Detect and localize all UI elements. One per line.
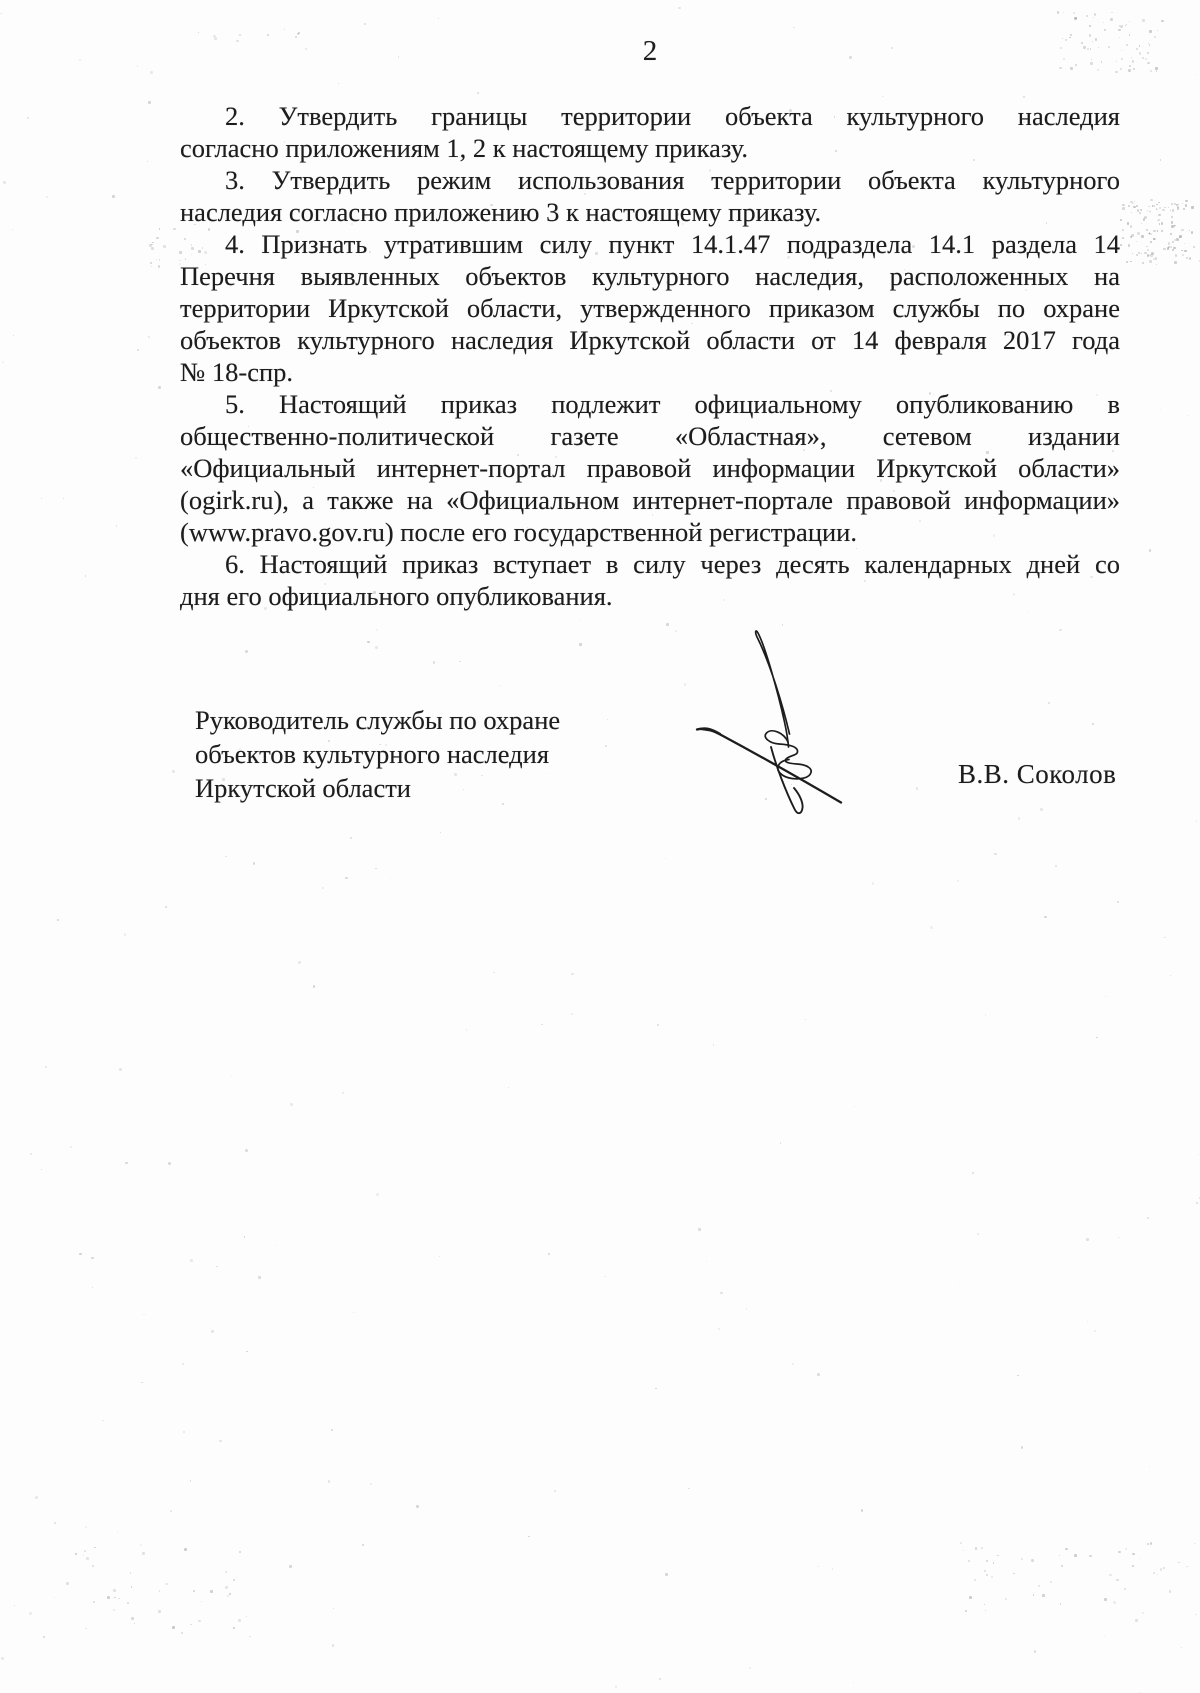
noise-speck bbox=[1163, 248, 1166, 251]
noise-speck bbox=[1168, 207, 1169, 208]
text-line: 3. Утвердить режим использования террито… bbox=[180, 164, 1120, 196]
noise-speck bbox=[440, 832, 441, 833]
text-line: наследия согласно приложению 3 к настоящ… bbox=[180, 196, 1120, 228]
noise-speck bbox=[1194, 1543, 1196, 1545]
noise-speck bbox=[1136, 254, 1138, 256]
noise-speck bbox=[130, 1572, 132, 1574]
noise-speck bbox=[466, 1029, 468, 1031]
noise-speck bbox=[43, 1636, 45, 1638]
noise-speck bbox=[216, 1266, 218, 1268]
noise-speck bbox=[117, 1532, 118, 1533]
signer-title-line: объектов культурного наследия bbox=[195, 737, 615, 771]
noise-speck bbox=[1127, 222, 1129, 224]
noise-speck bbox=[1150, 241, 1152, 243]
text-line: территории Иркутской области, утвержденн… bbox=[180, 292, 1120, 324]
noise-speck bbox=[882, 96, 884, 98]
noise-speck bbox=[1034, 1650, 1036, 1652]
noise-speck bbox=[1174, 261, 1177, 264]
noise-speck bbox=[1132, 1565, 1134, 1567]
noise-speck bbox=[118, 1598, 119, 1599]
noise-speck bbox=[107, 1596, 110, 1599]
noise-speck bbox=[541, 1024, 543, 1026]
noise-speck bbox=[313, 985, 316, 988]
noise-speck bbox=[1018, 817, 1021, 820]
noise-speck bbox=[370, 1483, 372, 1485]
noise-speck bbox=[972, 1172, 974, 1174]
noise-speck bbox=[1130, 225, 1133, 228]
noise-speck bbox=[1118, 29, 1120, 31]
noise-speck bbox=[345, 877, 348, 880]
noise-speck bbox=[678, 7, 681, 10]
noise-speck bbox=[1161, 230, 1164, 233]
noise-speck bbox=[1122, 204, 1125, 207]
noise-speck bbox=[665, 1573, 668, 1576]
noise-speck bbox=[1193, 246, 1195, 248]
noise-speck bbox=[1128, 205, 1130, 207]
noise-speck bbox=[1157, 30, 1158, 31]
noise-speck bbox=[134, 1623, 135, 1624]
noise-speck bbox=[749, 1667, 751, 1669]
noise-speck bbox=[198, 32, 200, 34]
noise-speck bbox=[615, 1686, 617, 1688]
noise-speck bbox=[1160, 1568, 1163, 1571]
noise-speck bbox=[1059, 67, 1062, 70]
noise-speck bbox=[1130, 261, 1132, 263]
noise-speck bbox=[1120, 219, 1122, 221]
noise-speck bbox=[1111, 12, 1113, 14]
noise-speck bbox=[1070, 67, 1072, 69]
noise-speck bbox=[499, 685, 500, 686]
noise-speck bbox=[245, 1149, 248, 1152]
noise-speck bbox=[698, 1228, 701, 1231]
noise-speck bbox=[193, 1590, 195, 1592]
noise-speck bbox=[298, 961, 301, 964]
noise-speck bbox=[1191, 206, 1194, 209]
noise-speck bbox=[149, 244, 152, 247]
noise-speck bbox=[706, 1261, 708, 1263]
noise-speck bbox=[151, 247, 154, 250]
noise-speck bbox=[984, 1604, 986, 1606]
noise-speck bbox=[210, 1590, 213, 1593]
noise-speck bbox=[580, 619, 582, 621]
noise-speck bbox=[984, 1570, 986, 1572]
noise-speck bbox=[236, 1577, 237, 1578]
noise-speck bbox=[1185, 200, 1187, 202]
text-line: (www.pravo.gov.ru) после его государстве… bbox=[180, 516, 1120, 548]
noise-speck bbox=[1126, 24, 1127, 25]
noise-speck bbox=[30, 1153, 32, 1155]
noise-speck bbox=[1134, 201, 1135, 202]
noise-speck bbox=[1013, 1573, 1015, 1575]
noise-speck bbox=[1187, 415, 1188, 416]
noise-speck bbox=[2, 361, 4, 363]
noise-speck bbox=[508, 1087, 509, 1088]
noise-speck bbox=[1147, 254, 1150, 257]
noise-speck bbox=[579, 643, 582, 646]
noise-speck bbox=[41, 498, 42, 499]
signer-name: В.В. Соколов bbox=[958, 759, 1116, 789]
noise-speck bbox=[1149, 549, 1152, 552]
noise-speck bbox=[1059, 629, 1062, 632]
noise-speck bbox=[102, 1420, 104, 1422]
noise-speck bbox=[1033, 1594, 1034, 1595]
noise-speck bbox=[173, 228, 176, 231]
noise-speck bbox=[258, 1276, 261, 1279]
noise-speck bbox=[1113, 1601, 1116, 1604]
noise-speck bbox=[684, 683, 687, 686]
noise-speck bbox=[13, 335, 14, 336]
noise-speck bbox=[993, 1562, 995, 1564]
noise-speck bbox=[1168, 242, 1171, 245]
noise-speck bbox=[172, 770, 175, 773]
noise-speck bbox=[433, 661, 436, 664]
page-number: 2 bbox=[0, 36, 1200, 66]
noise-speck bbox=[353, 1312, 354, 1313]
noise-speck bbox=[75, 1553, 77, 1555]
noise-speck bbox=[159, 259, 161, 261]
noise-speck bbox=[957, 880, 959, 882]
noise-speck bbox=[655, 1388, 657, 1390]
text-line: согласно приложениям 1, 2 к настоящему п… bbox=[180, 132, 1120, 164]
noise-speck bbox=[780, 1142, 782, 1144]
noise-speck bbox=[201, 1601, 202, 1602]
noise-speck bbox=[1149, 30, 1152, 33]
noise-speck bbox=[1184, 243, 1186, 245]
noise-speck bbox=[227, 1595, 229, 1597]
noise-speck bbox=[1131, 212, 1132, 213]
noise-speck bbox=[233, 1579, 235, 1581]
noise-speck bbox=[156, 259, 157, 260]
noise-speck bbox=[1191, 231, 1194, 234]
noise-speck bbox=[1149, 260, 1152, 263]
text-line: объектов культурного наследия Иркутской … bbox=[180, 324, 1120, 356]
noise-speck bbox=[994, 853, 996, 855]
noise-speck bbox=[659, 1678, 661, 1680]
noise-speck bbox=[1164, 937, 1166, 939]
noise-speck bbox=[792, 1363, 794, 1365]
text-line: Перечня выявленных объектов культурного … bbox=[180, 260, 1120, 292]
text-line: «Официальный интернет-портал правовой ин… bbox=[180, 452, 1120, 484]
noise-speck bbox=[1059, 1555, 1060, 1556]
noise-speck bbox=[1050, 1581, 1052, 1583]
noise-speck bbox=[1153, 1572, 1155, 1574]
noise-speck bbox=[963, 1550, 964, 1551]
noise-speck bbox=[125, 1162, 128, 1165]
noise-speck bbox=[1122, 229, 1124, 231]
noise-speck bbox=[1023, 96, 1025, 98]
noise-speck bbox=[184, 1548, 187, 1551]
noise-speck bbox=[1129, 21, 1130, 22]
noise-speck bbox=[131, 1586, 133, 1588]
text-line: 2. Утвердить границы территории объекта … bbox=[180, 100, 1120, 132]
text-line: 4. Признать утратившим силу пункт 14.1.4… bbox=[180, 228, 1120, 260]
noise-speck bbox=[1170, 246, 1172, 248]
noise-speck bbox=[231, 1075, 232, 1076]
noise-speck bbox=[1110, 18, 1113, 21]
noise-speck bbox=[1150, 70, 1152, 72]
noise-speck bbox=[438, 18, 439, 19]
noise-speck bbox=[328, 1480, 331, 1483]
noise-speck bbox=[1157, 1574, 1158, 1575]
noise-speck bbox=[3, 181, 5, 183]
noise-speck bbox=[148, 101, 151, 104]
noise-speck bbox=[1057, 11, 1060, 14]
noise-speck bbox=[63, 498, 64, 499]
noise-speck bbox=[211, 1330, 214, 1333]
noise-speck bbox=[1171, 221, 1174, 224]
noise-speck bbox=[1138, 252, 1140, 254]
noise-speck bbox=[975, 1547, 978, 1550]
noise-speck bbox=[960, 1542, 962, 1544]
noise-speck bbox=[782, 624, 783, 625]
noise-speck bbox=[84, 1550, 87, 1553]
noise-speck bbox=[991, 1576, 993, 1578]
noise-speck bbox=[1147, 210, 1148, 211]
noise-speck bbox=[289, 1565, 292, 1568]
noise-speck bbox=[1074, 1554, 1077, 1557]
noise-speck bbox=[137, 349, 140, 352]
noise-speck bbox=[94, 1547, 95, 1548]
noise-speck bbox=[182, 1363, 184, 1365]
noise-speck bbox=[1156, 264, 1158, 266]
noise-speck bbox=[666, 623, 669, 626]
noise-speck bbox=[390, 878, 391, 879]
noise-speck bbox=[375, 868, 377, 870]
noise-speck bbox=[367, 641, 369, 643]
noise-speck bbox=[1158, 202, 1160, 204]
noise-speck bbox=[1073, 12, 1075, 14]
signer-title-line: Руководитель службы по охране bbox=[195, 703, 615, 737]
noise-speck bbox=[246, 1351, 248, 1353]
noise-speck bbox=[225, 856, 227, 858]
paragraph: 3. Утвердить режим использования террито… bbox=[180, 164, 1120, 228]
noise-speck bbox=[805, 1019, 807, 1021]
noise-speck bbox=[1160, 159, 1161, 160]
noise-speck bbox=[244, 1236, 246, 1238]
noise-speck bbox=[1150, 199, 1152, 201]
noise-speck bbox=[45, 1066, 47, 1068]
noise-speck bbox=[416, 1505, 419, 1508]
noise-speck bbox=[276, 1245, 278, 1247]
noise-speck bbox=[85, 1526, 87, 1528]
noise-speck bbox=[1181, 229, 1184, 232]
noise-speck bbox=[151, 244, 153, 246]
noise-speck bbox=[604, 1276, 606, 1278]
noise-speck bbox=[1055, 865, 1057, 867]
noise-speck bbox=[190, 1480, 192, 1482]
noise-speck bbox=[86, 1557, 89, 1560]
noise-speck bbox=[1176, 238, 1179, 241]
noise-speck bbox=[1175, 254, 1178, 257]
noise-speck bbox=[1163, 1567, 1165, 1569]
noise-speck bbox=[114, 1597, 115, 1598]
noise-speck bbox=[239, 1551, 241, 1553]
noise-speck bbox=[1186, 1566, 1188, 1568]
noise-speck bbox=[143, 1314, 145, 1316]
noise-speck bbox=[332, 1644, 335, 1647]
noise-speck bbox=[1139, 212, 1141, 214]
signer-title-line: Иркутской области bbox=[195, 771, 615, 805]
noise-speck bbox=[1104, 1635, 1105, 1636]
noise-speck bbox=[1017, 1375, 1019, 1377]
noise-speck bbox=[1155, 257, 1157, 259]
noise-speck bbox=[249, 1636, 250, 1637]
noise-speck bbox=[1096, 1037, 1098, 1039]
noise-speck bbox=[1156, 204, 1158, 206]
noise-speck bbox=[571, 1013, 573, 1015]
noise-speck bbox=[362, 1544, 365, 1547]
noise-speck bbox=[1142, 19, 1145, 22]
noise-speck bbox=[14, 1605, 15, 1606]
noise-speck bbox=[1116, 1579, 1119, 1582]
noise-speck bbox=[571, 973, 574, 976]
noise-speck bbox=[688, 1488, 690, 1490]
noise-speck bbox=[219, 1440, 222, 1443]
noise-speck bbox=[1132, 1049, 1133, 1050]
noise-speck bbox=[225, 1571, 228, 1574]
noise-speck bbox=[54, 1522, 56, 1524]
noise-speck bbox=[477, 92, 479, 94]
noise-speck bbox=[1182, 254, 1184, 256]
noise-speck bbox=[165, 906, 167, 908]
noise-speck bbox=[46, 196, 48, 198]
noise-speck bbox=[1063, 12, 1064, 13]
noise-speck bbox=[1, 1657, 4, 1660]
noise-speck bbox=[1195, 1614, 1197, 1616]
noise-speck bbox=[1097, 69, 1099, 71]
noise-speck bbox=[1157, 220, 1158, 221]
noise-speck bbox=[1196, 1202, 1198, 1204]
noise-speck bbox=[1131, 234, 1134, 237]
noise-speck bbox=[1136, 205, 1138, 207]
noise-speck bbox=[322, 887, 324, 889]
noise-speck bbox=[958, 1283, 959, 1284]
noise-speck bbox=[376, 1193, 379, 1196]
text-line: (ogirk.ru), а также на «Официальном инте… bbox=[180, 484, 1120, 516]
noise-speck bbox=[1143, 219, 1145, 221]
noise-speck bbox=[1109, 1574, 1112, 1577]
noise-speck bbox=[1181, 1647, 1182, 1648]
noise-speck bbox=[1158, 219, 1160, 221]
noise-speck bbox=[1122, 237, 1124, 239]
noise-speck bbox=[1104, 29, 1106, 31]
noise-speck bbox=[183, 1431, 185, 1433]
noise-speck bbox=[1031, 1559, 1034, 1562]
noise-speck bbox=[1136, 241, 1137, 242]
noise-speck bbox=[657, 1024, 659, 1026]
noise-speck bbox=[1172, 249, 1174, 251]
noise-speck bbox=[1005, 1598, 1007, 1600]
noise-speck bbox=[151, 266, 153, 268]
noise-speck bbox=[1089, 1555, 1092, 1558]
noise-speck bbox=[246, 1616, 248, 1618]
noise-speck bbox=[1128, 69, 1131, 72]
noise-speck bbox=[1021, 1446, 1023, 1448]
noise-speck bbox=[981, 1547, 983, 1549]
noise-speck bbox=[181, 1632, 183, 1634]
noise-speck bbox=[41, 1169, 42, 1170]
noise-speck bbox=[198, 1620, 201, 1623]
text-line: 5. Настоящий приказ подлежит официальном… bbox=[180, 388, 1120, 420]
noise-speck bbox=[528, 1536, 530, 1538]
noise-speck bbox=[854, 1106, 855, 1107]
noise-speck bbox=[439, 1256, 441, 1258]
noise-speck bbox=[1169, 1590, 1172, 1593]
noise-speck bbox=[70, 1146, 72, 1148]
noise-speck bbox=[1196, 74, 1197, 75]
noise-speck bbox=[1048, 702, 1050, 704]
signature-block: Руководитель службы по охране объектов к… bbox=[195, 703, 615, 805]
noise-speck bbox=[977, 1233, 979, 1235]
text-line: № 18-спр. bbox=[180, 356, 1120, 388]
noise-speck bbox=[1137, 232, 1140, 235]
noise-speck bbox=[150, 262, 152, 264]
noise-speck bbox=[92, 1287, 94, 1289]
noise-speck bbox=[832, 1568, 834, 1570]
noise-speck bbox=[141, 1382, 143, 1384]
noise-speck bbox=[675, 630, 677, 632]
noise-speck bbox=[1137, 209, 1140, 212]
noise-speck bbox=[997, 1555, 999, 1557]
noise-speck bbox=[1189, 257, 1191, 259]
noise-speck bbox=[765, 798, 767, 800]
noise-speck bbox=[1183, 208, 1185, 210]
noise-speck bbox=[29, 1612, 32, 1615]
noise-speck bbox=[1150, 254, 1153, 257]
noise-speck bbox=[1089, 25, 1091, 27]
noise-speck bbox=[147, 161, 148, 162]
noise-speck bbox=[459, 661, 461, 663]
noise-speck bbox=[245, 650, 248, 653]
noise-speck bbox=[331, 1429, 333, 1431]
noise-speck bbox=[1065, 1548, 1067, 1550]
noise-speck bbox=[290, 1103, 293, 1106]
noise-speck bbox=[12, 229, 13, 230]
noise-speck bbox=[1179, 235, 1182, 238]
paragraph: 2. Утвердить границы территории объекта … bbox=[180, 100, 1120, 164]
noise-speck bbox=[1156, 70, 1158, 72]
noise-speck bbox=[1140, 209, 1143, 212]
noise-speck bbox=[1126, 261, 1129, 264]
noise-speck bbox=[817, 1373, 819, 1375]
noise-speck bbox=[1153, 230, 1156, 233]
noise-speck bbox=[930, 926, 933, 929]
noise-speck bbox=[57, 919, 60, 922]
noise-speck bbox=[1160, 409, 1161, 410]
noise-speck bbox=[190, 1259, 192, 1261]
noise-speck bbox=[1167, 247, 1169, 249]
noise-speck bbox=[1146, 229, 1148, 231]
noise-speck bbox=[718, 1328, 720, 1330]
noise-speck bbox=[974, 1579, 976, 1581]
noise-speck bbox=[1135, 1619, 1138, 1622]
noise-speck bbox=[1171, 203, 1173, 205]
noise-speck bbox=[1115, 71, 1118, 74]
noise-speck bbox=[35, 1496, 38, 1499]
noise-speck bbox=[720, 1292, 722, 1294]
noise-speck bbox=[181, 729, 182, 730]
noise-speck bbox=[375, 646, 378, 649]
noise-speck bbox=[1148, 206, 1150, 208]
noise-speck bbox=[1086, 1238, 1089, 1241]
noise-speck bbox=[1172, 209, 1175, 212]
noise-speck bbox=[376, 629, 378, 631]
noise-speck bbox=[1061, 1565, 1063, 1567]
noise-speck bbox=[1042, 1594, 1045, 1597]
noise-speck bbox=[1141, 253, 1142, 254]
noise-speck bbox=[168, 1162, 171, 1165]
noise-speck bbox=[1141, 223, 1142, 224]
